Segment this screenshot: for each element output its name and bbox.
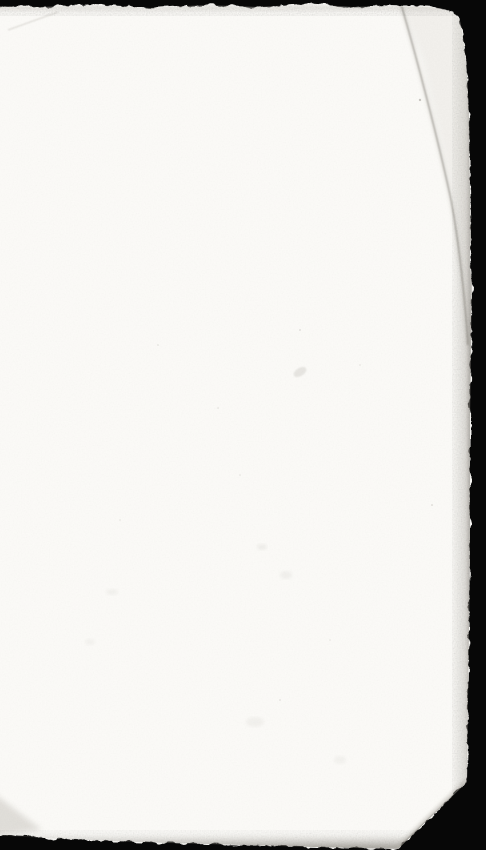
top-band-speckle: [0, 0, 486, 16]
scanned-page-view: [0, 0, 486, 850]
page-scan-svg: [0, 0, 486, 850]
film-grain-overlay: [0, 0, 486, 850]
bottom-edge-speckle: [0, 830, 486, 850]
right-edge-speckle: [452, 0, 486, 850]
